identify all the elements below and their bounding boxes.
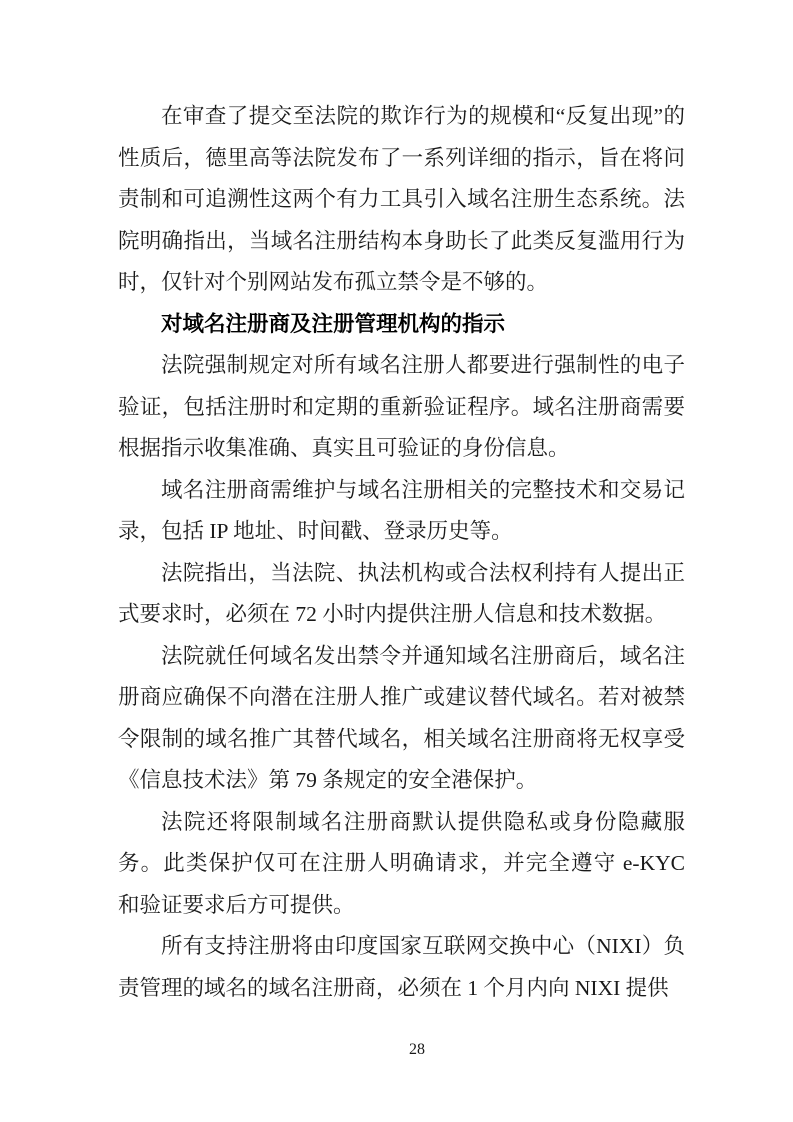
section-heading: 对域名注册商及注册管理机构的指示 [118,304,685,346]
document-content: 在审查了提交至法院的欺诈行为的规模和“反复出现”的性质后，德里高等法院发布了一系… [118,96,685,1009]
paragraph: 在审查了提交至法院的欺诈行为的规模和“反复出现”的性质后，德里高等法院发布了一系… [118,96,685,304]
paragraph: 法院就任何域名发出禁令并通知域名注册商后，域名注册商应确保不向潜在注册人推广或建… [118,636,685,802]
document-page: 在审查了提交至法院的欺诈行为的规模和“反复出现”的性质后，德里高等法院发布了一系… [0,0,793,1122]
paragraph: 域名注册商需维护与域名注册相关的完整技术和交易记录，包括 IP 地址、时间戳、登… [118,470,685,553]
page-number: 28 [409,1040,425,1060]
paragraph: 法院强制规定对所有域名注册人都要进行强制性的电子验证，包括注册时和定期的重新验证… [118,345,685,470]
paragraph: 法院指出，当法院、执法机构或合法权利持有人提出正式要求时，必须在 72 小时内提… [118,553,685,636]
paragraph: 法院还将限制域名注册商默认提供隐私或身份隐藏服务。此类保护仅可在注册人明确请求，… [118,802,685,927]
paragraph: 所有支持注册将由印度国家互联网交换中心（NIXI）负责管理的域名的域名注册商，必… [118,926,685,1009]
